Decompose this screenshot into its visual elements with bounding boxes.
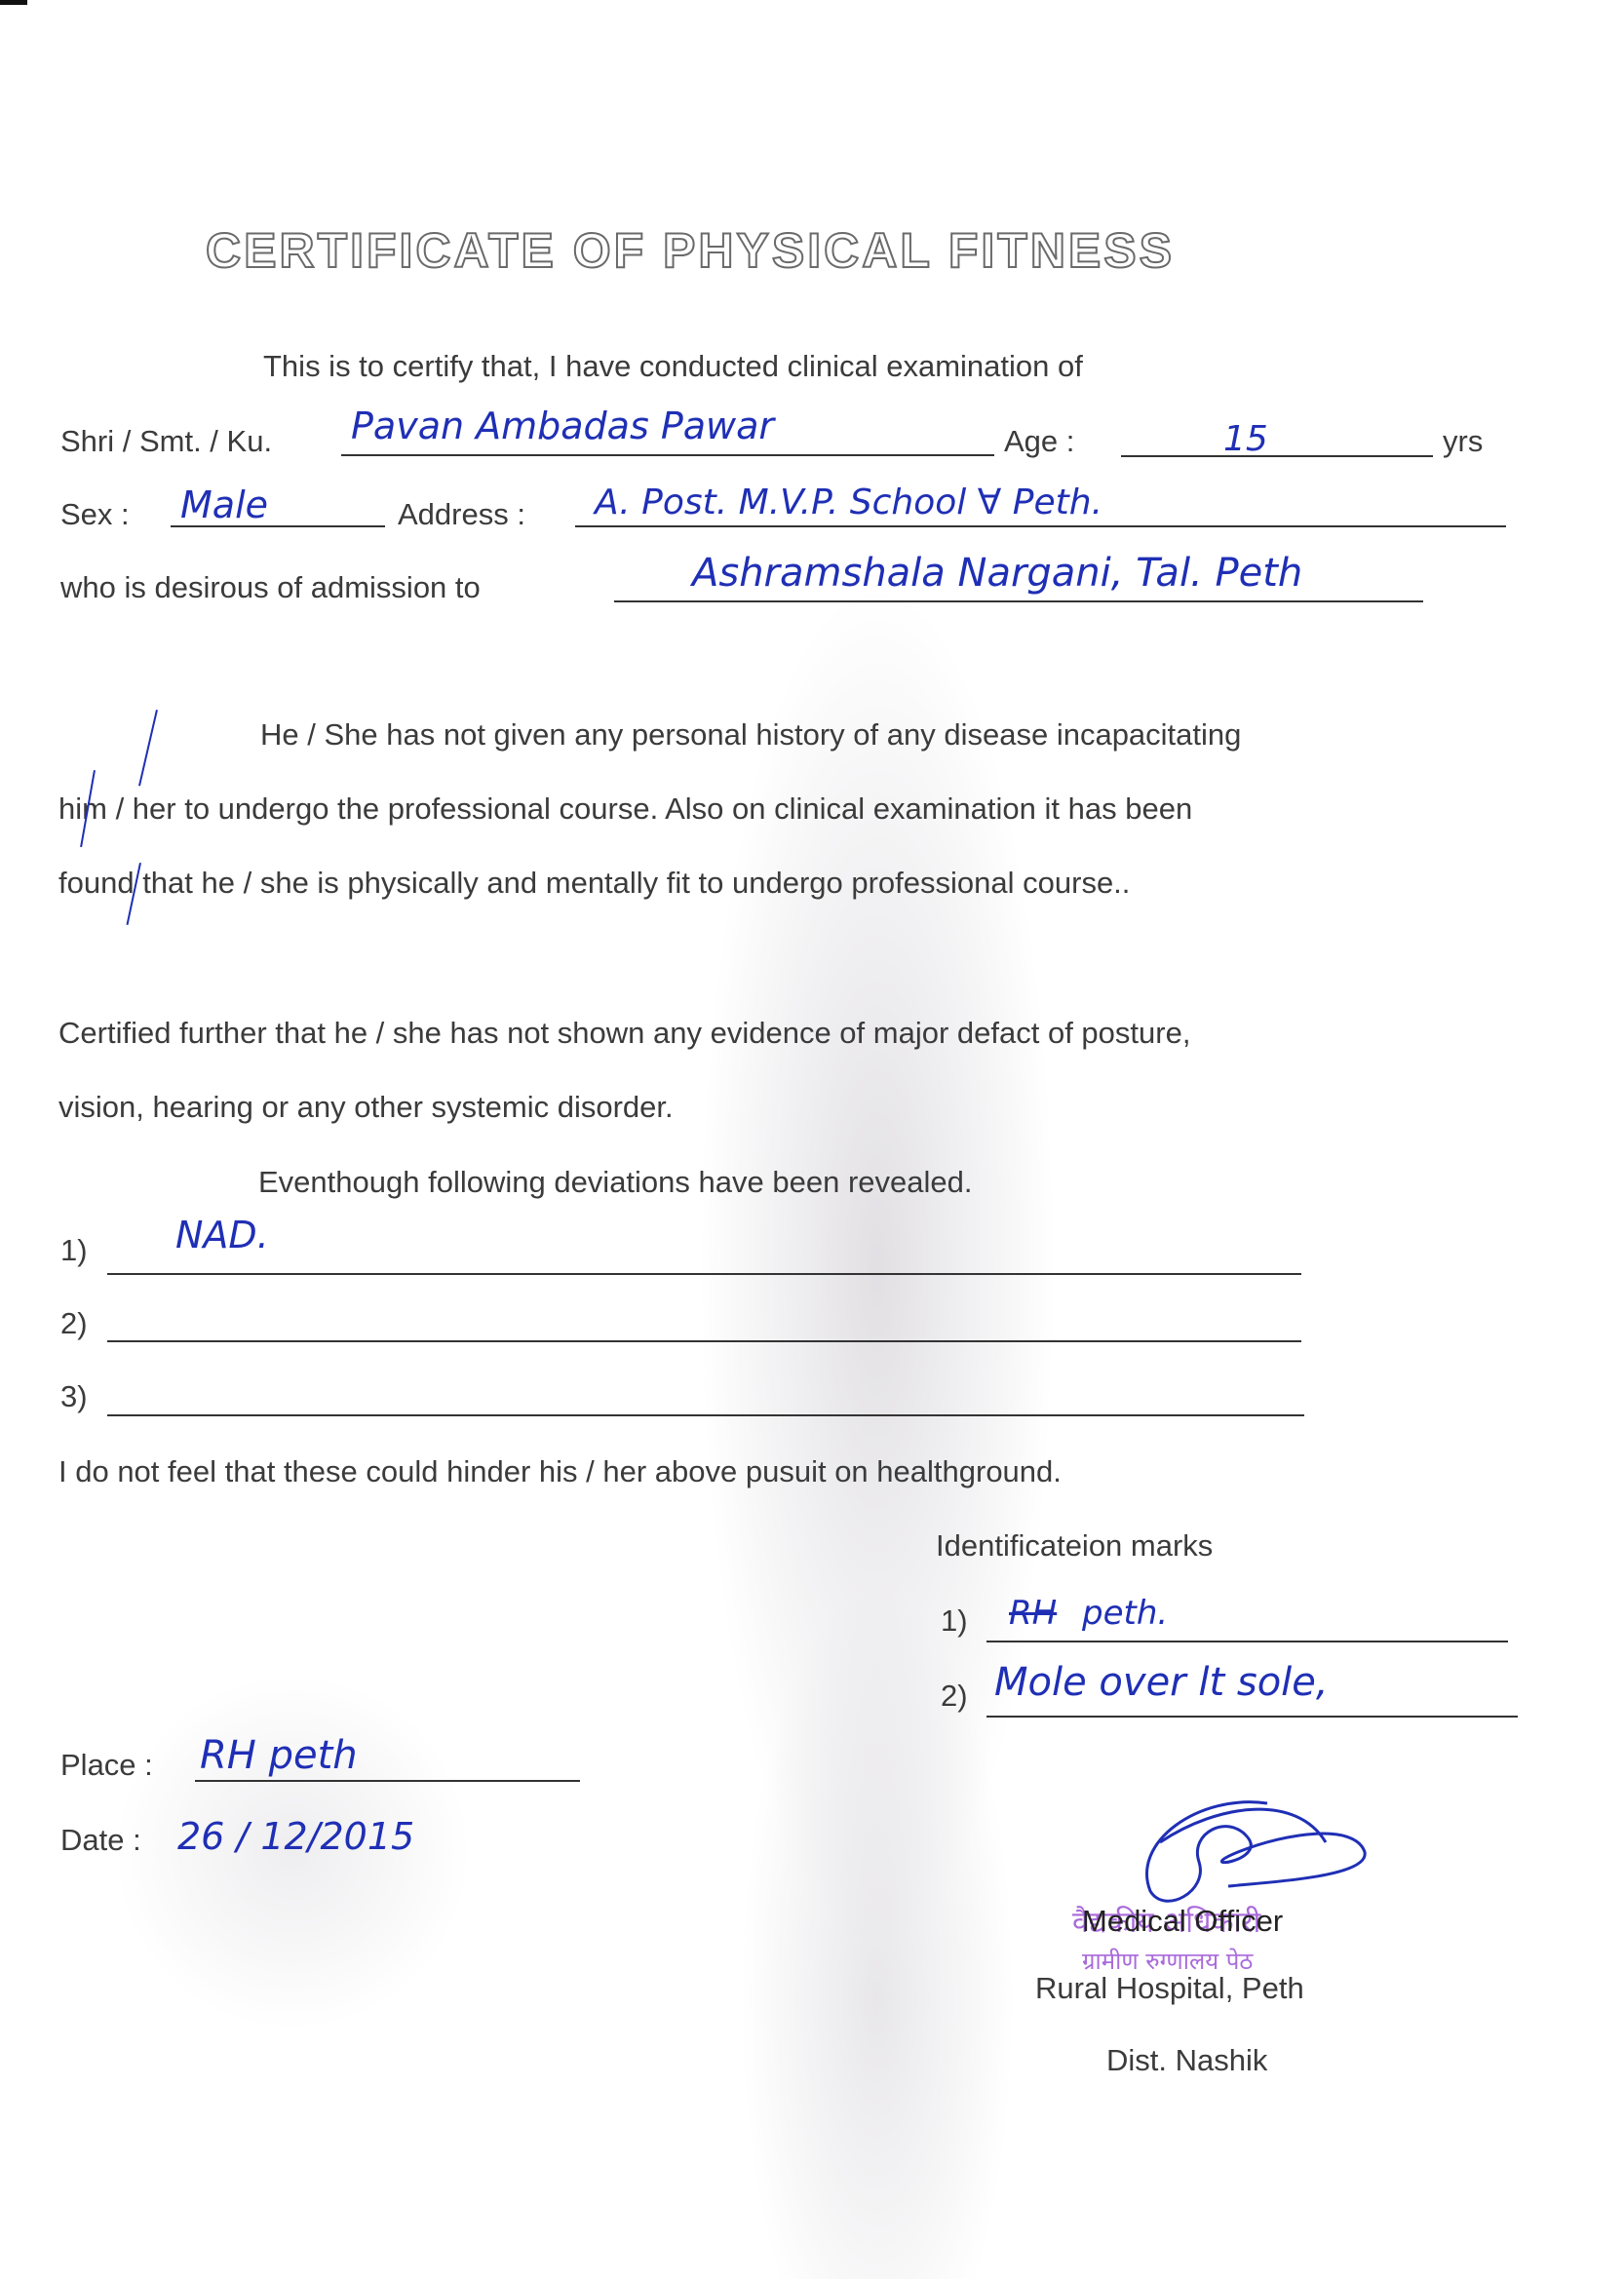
admission-label: who is desirous of admission to	[60, 570, 481, 605]
admission-underline	[614, 600, 1423, 602]
signature-scribble	[1121, 1784, 1374, 1920]
place-underline	[195, 1780, 580, 1782]
place-label: Place :	[60, 1748, 153, 1783]
sex-value: Male	[180, 483, 268, 526]
address-label: Address :	[398, 497, 525, 532]
age-value: 15	[1223, 419, 1268, 459]
mark-1-value: peth.	[1082, 1594, 1168, 1633]
sex-underline	[171, 525, 385, 527]
mark-2-num: 2)	[941, 1679, 968, 1714]
address-value: A. Post. M.V.P. School ∀ Peth.	[595, 483, 1102, 522]
paragraph2-line2: vision, hearing or any other systemic di…	[58, 1090, 674, 1125]
deviation-3-line	[107, 1414, 1304, 1416]
date-value: 26 / 12/2015	[177, 1815, 414, 1858]
deviations-intro: Eventhough following deviations have bee…	[258, 1165, 972, 1200]
deviation-2-line	[107, 1340, 1301, 1342]
mark-1-num: 1)	[941, 1603, 968, 1639]
deviation-1-value: NAD.	[175, 1214, 269, 1256]
age-label: Age :	[1004, 424, 1074, 459]
certificate-title: CERTIFICATE OF PHYSICAL FITNESS	[0, 222, 1380, 279]
hinder-statement: I do not feel that these could hinder hi…	[58, 1454, 1062, 1489]
name-value: Pavan Ambadas Pawar	[351, 405, 774, 447]
name-label: Shri / Smt. / Ku.	[60, 424, 272, 459]
paragraph1-line3: found that he / she is physically and me…	[58, 866, 1130, 901]
scan-noise-overlay	[0, 0, 1624, 2279]
deviation-3-num: 3)	[60, 1379, 88, 1414]
strike-she-mark	[138, 710, 158, 786]
age-unit: yrs	[1443, 424, 1483, 459]
signatory-title: Medical Officer	[1082, 1904, 1283, 1939]
age-underline	[1121, 455, 1433, 457]
corner-mark	[0, 0, 27, 5]
admission-value: Ashramshala Nargani, Tal. Peth	[692, 551, 1302, 596]
place-value: RH peth	[200, 1733, 358, 1778]
name-underline	[341, 454, 994, 456]
signatory-hospital: Rural Hospital, Peth	[1035, 1971, 1304, 2006]
paragraph1-line2: him / her to undergo the professional co…	[58, 792, 1192, 827]
mark-2-value: Mole over lt sole,	[994, 1660, 1329, 1705]
signatory-district: Dist. Nashik	[1106, 2043, 1267, 2078]
paragraph2-line1: Certified further that he / she has not …	[58, 1016, 1190, 1051]
address-underline	[575, 525, 1506, 527]
date-label: Date :	[60, 1823, 141, 1858]
intro-text: This is to certify that, I have conducte…	[263, 349, 1083, 384]
mark-1-line	[986, 1641, 1508, 1642]
mark-1-struck: RH	[1009, 1594, 1057, 1633]
deviation-1-num: 1)	[60, 1233, 88, 1268]
identification-heading: Identificateion marks	[936, 1528, 1213, 1564]
deviation-1-line	[107, 1273, 1301, 1275]
sex-label: Sex :	[60, 497, 130, 532]
paragraph1-line1: He / She has not given any personal hist…	[260, 717, 1241, 753]
mark-2-line	[986, 1716, 1518, 1718]
deviation-2-num: 2)	[60, 1306, 88, 1341]
